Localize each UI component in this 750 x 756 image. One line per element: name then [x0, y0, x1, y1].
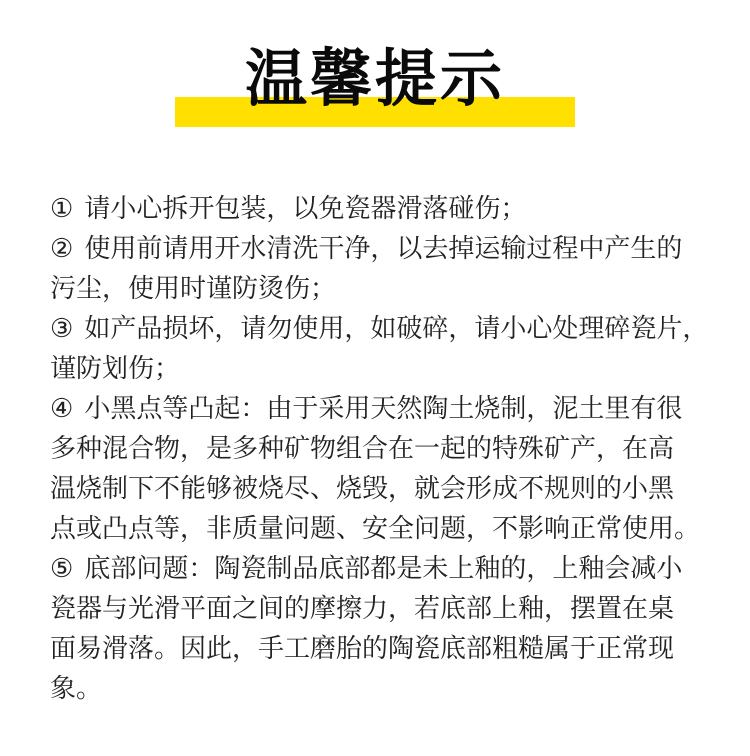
tip-number-4: ④ [50, 393, 73, 423]
tip-text-5: 底部问题：陶瓷制品底部都是未上釉的，上釉会减小 瓷器与光滑平面之间的摩擦力，若底… [50, 553, 682, 703]
tips-list: ①请小心拆开包装，以免瓷器滑落碰伤； ②使用前请用开水清洗干净，以去掉运输过程中… [50, 188, 716, 708]
tip-text-3: 如产品损坏，请勿使用，如破碎，请小心处理碎瓷片， 谨防划伤； [50, 313, 708, 383]
warm-tips-page: 温馨提示 ①请小心拆开包装，以免瓷器滑落碰伤； ②使用前请用开水清洗干净，以去掉… [0, 0, 750, 756]
tip-text-4: 小黑点等凸起：由于采用天然陶土烧制，泥土里有很 多种混合物，是多种矿物组合在一起… [50, 393, 700, 543]
tip-item-3: ③如产品损坏，请勿使用，如破碎，请小心处理碎瓷片， 谨防划伤； [50, 308, 716, 388]
tip-item-1: ①请小心拆开包装，以免瓷器滑落碰伤； [50, 188, 716, 228]
tip-item-2: ②使用前请用开水清洗干净，以去掉运输过程中产生的 污尘，使用时谨防烫伤； [50, 228, 716, 308]
tip-text-2: 使用前请用开水清洗干净，以去掉运输过程中产生的 污尘，使用时谨防烫伤； [50, 233, 682, 303]
tip-text-1: 请小心拆开包装，以免瓷器滑落碰伤； [84, 193, 526, 223]
tip-number-5: ⑤ [50, 553, 73, 583]
tip-number-2: ② [50, 233, 73, 263]
tip-item-5: ⑤底部问题：陶瓷制品底部都是未上釉的，上釉会减小 瓷器与光滑平面之间的摩擦力，若… [50, 548, 716, 708]
page-title: 温馨提示 [0, 46, 750, 114]
tip-item-4: ④小黑点等凸起：由于采用天然陶土烧制，泥土里有很 多种混合物，是多种矿物组合在一… [50, 388, 716, 548]
title-section: 温馨提示 [0, 0, 750, 130]
tip-number-1: ① [50, 193, 73, 223]
tip-number-3: ③ [50, 313, 73, 343]
